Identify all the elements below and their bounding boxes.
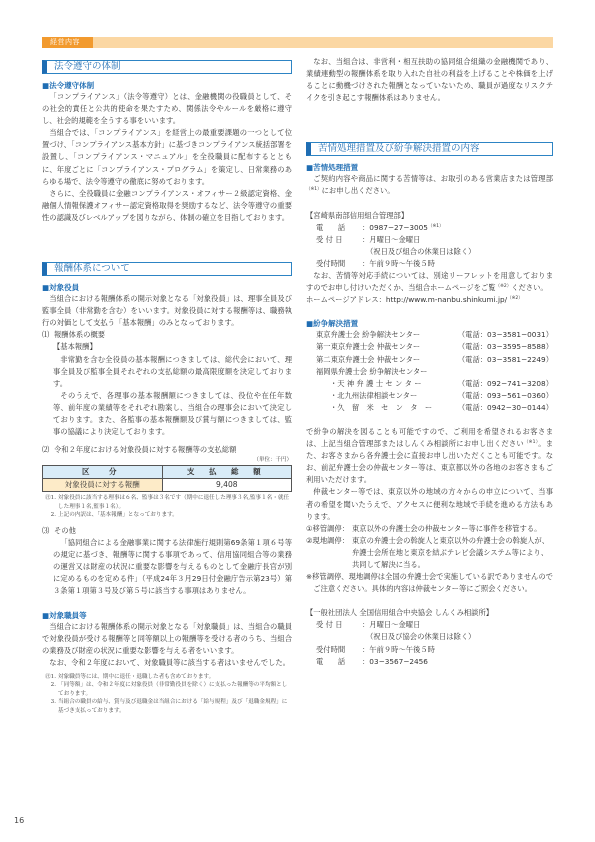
- center-row: ・久 留 米 セ ン タ ー（電話：0942−30−0144）: [306, 402, 553, 414]
- option-transfer: ①移管調停：東京以外の弁護士会の仲裁センター等に事件を移管する。: [306, 523, 553, 535]
- option-local: ②現地調停：東京の弁護士会の斡旋人と東京以外の弁護士会の斡旋人が、弁護士会所在地…: [306, 535, 553, 571]
- subhead-dispute-resolution: ■紛争解決措置: [306, 318, 553, 329]
- dispute-para-2: 仲裁センター等では、東京以外の地域の方々からの申立について、当事者の希望を聞いた…: [306, 486, 553, 522]
- basic-remuneration-label: 【基本報酬】: [53, 341, 292, 353]
- compliance-para-3: さらに、全役職員に金融コンプライアンス・オフィサー２級認定資格、金融個人情報保護…: [42, 188, 292, 224]
- section-title-compliance: 法令遵守の体制: [42, 60, 292, 74]
- subhead-compliance-system: ■法令遵守体制: [42, 80, 292, 91]
- assoc-name: 【一般社団法人 全国信用組合中央協会 しんくみ相談所】: [306, 607, 553, 619]
- leaflet-text: なお、苦情等対応手続については、別途リーフレットを用意しておりますのでお申し付け…: [306, 270, 553, 294]
- page-number: 16: [14, 816, 24, 825]
- dept-days: 受 付 日：月曜日〜金曜日: [306, 234, 553, 246]
- officers-intro: 当組合における報酬体系の開示対象となる「対象役員」は、理事全員及び監事全員（非常…: [42, 293, 292, 329]
- subhead-complaint-handling: ■苦情処理措置: [306, 162, 553, 173]
- caution-note: ※移管調停、現地調停は全国の弁護士会で実施している訳でありませんのでご注意くださ…: [306, 571, 553, 595]
- table-header-category: 区 分: [43, 466, 163, 479]
- center-row: 福岡県弁護士会 紛争解決センター: [306, 366, 553, 378]
- complaints-intro: ご契約内容や商品に関する苦情等は、お取引のある営業店または管理部（※1）にお申し…: [306, 173, 553, 197]
- unit-label: （単位：千円）: [42, 456, 292, 465]
- table-notes: ㊟1.対象役員に該当する理事は６名、監事は３名です（期中に退任した理事３名,監事…: [42, 494, 292, 520]
- item-1-para-2: そのうえで、各理事の基本報酬額につきましては、役位や在任年数等、前年度の業績等を…: [53, 390, 292, 438]
- compliance-para-1: 「コンプライアンス」（法令等遵守）とは、金融機関の役職員として、その社会的責任と…: [42, 91, 292, 127]
- remuneration-continued: なお、当組合は、非営利・相互扶助の協同組合組織の金融機関であり、業績連動型の報酬…: [306, 56, 553, 104]
- left-column: 法令遵守の体制 ■法令遵守体制 「コンプライアンス」（法令等遵守）とは、金融機関…: [42, 60, 292, 715]
- category-tag: 経営内容: [42, 37, 93, 48]
- assoc-phone: 電 話：03−3567−2456: [306, 656, 553, 668]
- section-title-complaints: 苦情処理措置及び紛争解決措置の内容: [306, 142, 553, 156]
- dept-hours: 受付時間：午前９時〜午後５時: [306, 258, 553, 270]
- compliance-para-2: 当組合では、「コンプライアンス」を経営上の最重要課題の一つとして位置づけ、「コン…: [42, 127, 292, 187]
- dispute-para-1: で紛争の解決を図ることも可能ですので、ご利用を希望されるお客さまは、上記当組合管…: [306, 426, 553, 486]
- subhead-target-staff: ■対象職員等: [42, 610, 292, 621]
- dept-phone: 電 話：0987−27−3005（※1）: [306, 222, 553, 234]
- assoc-hours: 受付時間：午前９時〜午後５時: [306, 644, 553, 656]
- table-header-total: 支 払 総 額: [162, 466, 291, 479]
- item-3-text: 「協同組合による金融事業に関する法律施行規則第69条第１項６号等の規定に基づき、…: [53, 537, 292, 597]
- table-row: 対象役員に対する報酬 9,408: [43, 479, 292, 492]
- center-row: 第一東京弁護士会 仲裁センター（電話：03−3595−8588）: [306, 341, 553, 353]
- item-3-heading: ⑶ その他: [42, 525, 292, 537]
- subhead-target-officers: ■対象役員: [42, 282, 292, 293]
- category-bar: 経営内容: [42, 37, 553, 48]
- center-row: ・天 神 弁 護 士 セ ン タ ー（電話：092−741−3208）: [306, 378, 553, 390]
- homepage-address[interactable]: ホームページアドレス：http://www.m-nanbu.shinkumi.j…: [306, 294, 553, 306]
- assoc-days: 受 付 日：月曜日〜金曜日: [306, 619, 553, 631]
- center-row: ・北九州法律相談センター（電話：093−561−0360）: [306, 390, 553, 402]
- item-2-heading: ⑵ 令和２年度における対象役員に対する報酬等の支払総額: [42, 444, 292, 456]
- right-column: なお、当組合は、非営利・相互扶助の協同組合組織の金融機関であり、業績連動型の報酬…: [306, 56, 553, 668]
- center-row: 第二東京弁護士会 仲裁センター（電話：03−3581−2249）: [306, 354, 553, 366]
- section-title-remuneration: 報酬体系について: [42, 262, 292, 276]
- center-row: 東京弁護士会 紛争解決センター（電話：03−3581−0031）: [306, 329, 553, 341]
- remuneration-table: 区 分 支 払 総 額 対象役員に対する報酬 9,408: [42, 465, 292, 492]
- staff-para-1: 当組合における報酬体系の開示対象となる「対象職員」は、当組合の職員で対象役員が受…: [42, 621, 292, 657]
- item-1-heading: ⑴ 報酬体系の概要: [42, 329, 292, 341]
- staff-notes: ㊟1.対象職員等には、期中に退任・退職した者も含めております。 2.「同等額」は…: [42, 673, 292, 716]
- item-1-para-1: 非常勤を含む全役員の基本報酬につきましては、総代会において、理事全員及び監事全員…: [53, 354, 292, 390]
- staff-para-2: なお、令和２年度において、対象職員等に該当する者はいませんでした。: [42, 657, 292, 669]
